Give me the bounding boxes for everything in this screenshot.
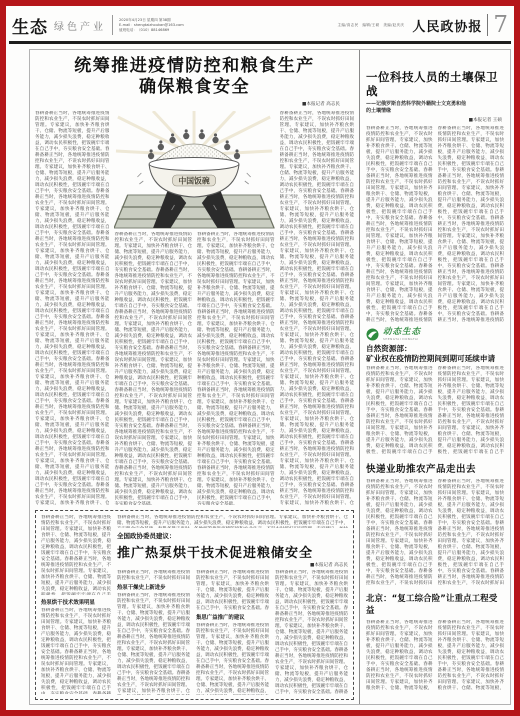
body-text-column: 春耕备耕正当时，各地统筹推进疫情防控和农业生产，不误农时抓好田间管理。专家建议，…: [197, 232, 275, 505]
newspaper-page: 生态 绿色产业 2020年4月23日 星期四 第38期 E-mail：sheng…: [0, 0, 520, 716]
body-text-column: 春耕备耕正当时，各地统筹推进疫情防控和农业生产，不误农时抓好田间管理。专家建议，…: [196, 570, 269, 610]
right-column: 一位科技人员的土壤保卫战 ——记俄罗斯自然科学院外籍院士文克勇和他 的土壤情缘 …: [360, 50, 510, 704]
section3-body: 春耕备耕正当时，各地统筹推进疫情防控和农业生产，不误农时抓好田间管理。专家建议，…: [366, 620, 504, 690]
boxed-kicker: 全国政协委员建议：: [117, 531, 348, 540]
boxed-article-column-3: 春耕备耕正当时，各地统筹推进疫情防控和农业生产，不误农时抓好田间管理。专家建议，…: [196, 570, 269, 695]
boxed-article: 春耕备耕正当时，各地统筹推进疫情防控和农业生产，不误农时抓好田间管理。专家建议，…: [35, 510, 354, 700]
body-text-column: 春耕备耕正当时，各地统筹推进疫情防控和农业生产，不误农时抓好田间管理。专家建议，…: [438, 620, 505, 690]
masthead-left: 生态 绿色产业 2020年4月23日 星期四 第38期 E-mail：sheng…: [12, 13, 184, 38]
body-text-column: 春耕备耕正当时，各地统筹推进疫情防控和农业生产，不误农时抓好田间管理。专家建议，…: [366, 366, 433, 454]
boxed-article-main: 春耕备耕正当时，各地统筹推进疫情防控和农业生产，不误农时抓好田间管理。专家建议，…: [117, 515, 348, 695]
body-text-column: 春耕备耕正当时，各地统筹推进疫情防控和农业生产，不误农时抓好田间管理。专家建议，…: [35, 111, 109, 505]
body-text-column: 春耕备耕正当时，各地统筹推进疫情防控和农业生产，不误农时抓好田间管理。专家建议，…: [366, 620, 433, 690]
page-number: 7: [493, 14, 508, 37]
body-text-column: 春耕备耕正当时，各地统筹推进疫情防控和农业生产，不误农时抓好田间管理。专家建议，…: [41, 515, 111, 595]
section1-title-line1: 自然资源部：: [366, 344, 504, 354]
masthead-divider: [112, 15, 113, 35]
boxed-article-columns: 春耕备耕正当时，各地统筹推进疫情防控和农业生产，不误农时抓好田间管理。专家建议，…: [117, 570, 348, 695]
eco-news-logo: 动态生态 SHENGTAI DONGTAI: [366, 328, 504, 341]
right-article-byline: ■本报记者 王硕: [366, 117, 502, 123]
subtitle-line-2: 的土壤情缘: [366, 108, 504, 115]
section1-title-line2: 矿业权在疫情防控期间到期可延续申请: [366, 354, 504, 364]
boxed-byline: ■本报记者 高志民: [117, 562, 348, 568]
body-text-column: 春耕备耕正当时，各地统筹推进疫情防控和农业生产，不误农时抓好田间管理。专家建议，…: [196, 623, 269, 695]
page-inner: 生态 绿色产业 2020年4月23日 星期四 第38期 E-mail：sheng…: [6, 6, 514, 710]
body-text-column: 春耕备耕正当时，各地统筹推进疫情防控和农业生产，不误农时抓好田间管理。专家建议，…: [117, 570, 190, 580]
content-frame: 统筹推进疫情防控和粮食生产 确保粮食安全 ■本报记者 高志民 春耕备耕正当时，各…: [29, 49, 511, 705]
bowl-label: 中国饭碗: [179, 175, 210, 185]
main-byline: ■本报记者 高志民: [35, 101, 340, 107]
body-text-column: 春耕备耕正当时，各地统筹推进疫情防控和农业生产，不误农时抓好田间管理。专家建议，…: [438, 366, 505, 454]
boxed-subhead-1: 热泵烘干技术效果明显: [41, 598, 111, 606]
masthead-info: 2020年4月23日 星期四 第38期 E-mail：shengtaizhouk…: [119, 18, 184, 33]
masthead-email: E-mail：shengtaizhoukan@163.com: [119, 23, 184, 28]
paper-name: 人民政协报: [412, 16, 482, 35]
section3-title: 北京：“复工综合险”让重点工程受益: [366, 592, 504, 616]
body-text-column: 春耕备耕正当时，各地统筹推进疫情防控和农业生产，不误农时抓好田间管理。专家建议，…: [41, 608, 111, 694]
main-headline-line1: 统筹推进疫情防控和粮食生产: [35, 56, 354, 77]
right-article-body: 春耕备耕正当时，各地统筹推进疫情防控和农业生产，不误农时抓好田间管理。专家建议，…: [366, 126, 504, 322]
section2-title: 快递业助推农产品走出去: [366, 461, 504, 475]
body-text-column: 春耕备耕正当时，各地统筹推进疫情防控和农业生产，不误农时抓好田间管理。专家建议，…: [438, 126, 505, 322]
right-article-headline: 一位科技人员的土壤保卫战: [366, 70, 504, 98]
leaf-swirl-icon: [366, 328, 379, 341]
boxed-article-column-2: 春耕备耕正当时，各地统筹推进疫情防控和农业生产，不误农时抓好田间管理。专家建议，…: [117, 570, 190, 695]
body-text-column: 春耕备耕正当时，各地统筹推进疫情防控和农业生产，不误农时抓好田间管理。专家建议，…: [114, 232, 192, 505]
body-text-column: 春耕备耕正当时，各地统筹推进疫情防控和农业生产，不误农时抓好田间管理。专家建议，…: [366, 479, 433, 585]
boxed-article-column-1: 春耕备耕正当时，各地统筹推进疫情防控和农业生产，不误农时抓好田间管理。专家建议，…: [41, 515, 111, 695]
section1-body: 春耕备耕正当时，各地统筹推进疫情防控和农业生产，不误农时抓好田间管理。专家建议，…: [366, 366, 504, 454]
logo-subtext: SHENGTAI DONGTAI: [383, 337, 421, 341]
main-middle-columns: 春耕备耕正当时，各地统筹推进疫情防控和农业生产，不误农时抓好田间管理。专家建议，…: [114, 232, 274, 505]
masthead-credits: 主编/高志民 编辑/王硕 美编/赵庆庆: [338, 23, 405, 28]
section2-body: 春耕备耕正当时，各地统筹推进疫情防控和农业生产，不误农时抓好田间管理。专家建议，…: [366, 479, 504, 585]
page-number-divider: [487, 14, 488, 36]
body-text-column: 春耕备耕正当时，各地统筹推进疫情防控和农业生产，不误农时抓好田间管理。专家建议，…: [438, 479, 505, 585]
section-logo: 生态: [12, 13, 48, 38]
boxed-headline: 推广热泵烘干技术促进粮储安全: [117, 542, 348, 561]
body-text-column: 春耕备耕正当时，各地统筹推进疫情防控和农业生产，不误农时抓好田间管理。专家建议，…: [117, 593, 190, 695]
boxed-article-column-4: 春耕备耕正当时，各地统筹推进疫情防控和农业生产，不误农时抓好田间管理。专家建议，…: [275, 570, 348, 695]
masthead-right: 主编/高志民 编辑/王硕 美编/赵庆庆 人民政协报 7: [338, 14, 509, 37]
section-subtitle: 绿色产业: [54, 18, 106, 33]
body-text-column: 春耕备耕正当时，各地统筹推进疫情防控和农业生产，不误农时抓好田间管理。专家建议，…: [280, 111, 354, 505]
boxed-subhead-3: 集思广益推广的建议: [196, 613, 269, 621]
masthead-phone: 值班电话：（010）88146869: [119, 28, 184, 33]
boxed-subhead-2: 热泵干燥史上新进步: [117, 583, 190, 591]
main-article: 统筹推进疫情防控和粮食生产 确保粮食安全 ■本报记者 高志民 春耕备耕正当时，各…: [30, 50, 360, 704]
body-text-column: 春耕备耕正当时，各地统筹推进疫情防控和农业生产，不误农时抓好田间管理。专家建议，…: [366, 126, 433, 322]
main-article-body: 春耕备耕正当时，各地统筹推进疫情防控和农业生产，不误农时抓好田间管理。专家建议，…: [35, 111, 354, 505]
masthead: 生态 绿色产业 2020年4月23日 星期四 第38期 E-mail：sheng…: [9, 11, 511, 44]
right-article-subtitle: ——记俄罗斯自然科学院外籍院士文克勇和他 的土壤情缘: [366, 101, 504, 114]
main-headline-line2: 确保粮食安全: [35, 77, 354, 98]
rice-bowl-illustration: 中国饭碗: [114, 111, 274, 229]
logo-text-block: 动态生态 SHENGTAI DONGTAI: [383, 328, 421, 341]
logo-text: 动态生态: [383, 328, 421, 337]
boxed-intro-text: 春耕备耕正当时，各地统筹推进疫情防控和农业生产，不误农时抓好田间管理。专家建议，…: [117, 515, 348, 528]
main-middle-block: 中国饭碗 春耕备耕正当时，各地统筹推进疫情防控和农业生产，不误农时抓好田间: [114, 111, 274, 505]
